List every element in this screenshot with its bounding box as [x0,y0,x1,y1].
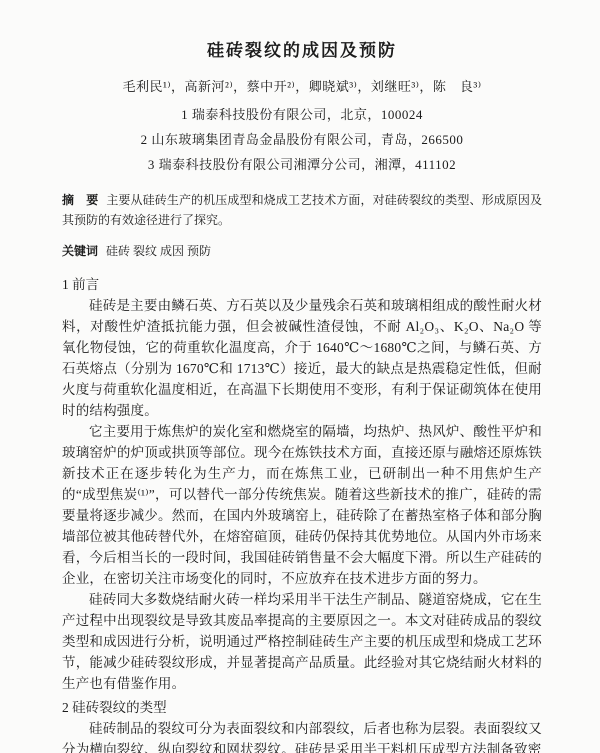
paragraph-crack-types-1: 硅砖制品的裂纹可分为表面裂纹和内部裂纹，后者也称为层裂。表面裂纹又分为横向裂纹、… [62,718,542,753]
affiliation-3: 3 瑞泰科技股份有限公司湘潭分公司，湘潭，411102 [62,152,542,177]
paper-page: 硅砖裂纹的成因及预防 毛利民¹⁾，高新河²⁾，蔡中开²⁾，卿晓斌³⁾，刘继旺³⁾… [0,0,600,753]
paragraph-intro-1: 硅砖是主要由鳞石英、方石英以及少量残余石英和玻璃相组成的酸性耐火材料，对酸性炉渣… [62,295,542,421]
abstract: 摘 要主要从硅砖生产的机压成型和烧成工艺技术方面，对硅砖裂纹的类型、形成原因及其… [62,191,542,230]
paper-title: 硅砖裂纹的成因及预防 [62,36,542,61]
author-line: 毛利民¹⁾，高新河²⁾，蔡中开²⁾，卿晓斌³⁾，刘继旺³⁾，陈 良³⁾ [62,76,542,95]
section-heading-introduction: 1 前言 [62,274,542,295]
affiliation-1: 1 瑞泰科技股份有限公司，北京，100024 [62,102,542,127]
paragraph-intro-3: 硅砖同大多数烧结耐火砖一样均采用半干法生产制品、隧道窑烧成，它在生产过程中出现裂… [62,589,542,694]
keywords-text: 硅砖 裂纹 成因 预防 [106,244,211,258]
paragraph-intro-2: 它主要用于炼焦炉的炭化室和燃烧室的隔墙，均热炉、热风炉、酸性平炉和玻璃窑炉的炉顶… [62,421,542,589]
keywords-line: 关键词硅砖 裂纹 成因 预防 [62,242,542,262]
section-heading-crack-types: 2 硅砖裂纹的类型 [62,697,542,718]
affiliation-block: 1 瑞泰科技股份有限公司，北京，100024 2 山东玻璃集团青岛金晶股份有限公… [62,102,542,177]
abstract-text: 主要从硅砖生产的机压成型和烧成工艺技术方面，对硅砖裂纹的类型、形成原因及其预防的… [62,193,542,227]
abstract-label: 摘 要 [62,193,98,207]
affiliation-2: 2 山东玻璃集团青岛金晶股份有限公司，青岛，266500 [62,127,542,152]
keywords-label: 关键词 [62,244,98,258]
